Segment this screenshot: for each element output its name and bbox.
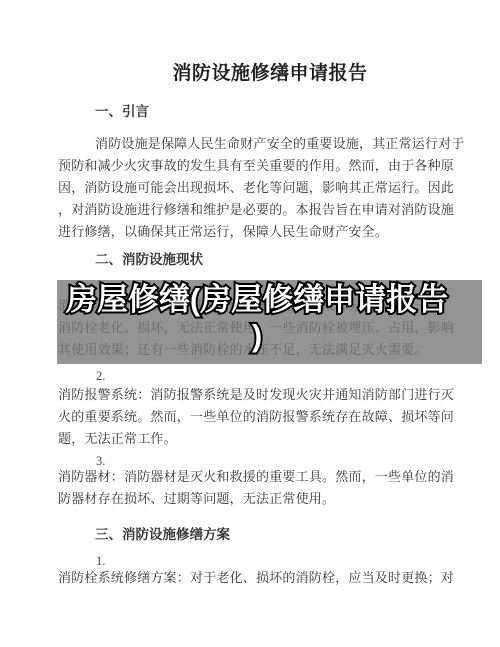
paragraph-line: 消防栓系统修缮方案：对于老化、损坏的消防栓，应当及时更换；对 — [58, 567, 454, 589]
section1-heading: 一、引言 — [95, 101, 149, 123]
paragraph-line: 消防器材：消防器材是灭火和救援的重要工具。然而，一些单位的消 — [58, 466, 454, 488]
paragraph-line: 消防报警系统：消防报警系统是及时发现火灾并通知消防部门进行灭 — [58, 384, 454, 406]
overlay-title-line2: ) — [57, 316, 457, 356]
paragraph-line: 火的重要系统。然而，一些单位的消防报警系统存在故障、损坏等问 — [58, 406, 454, 428]
section3-heading: 三、消防设施修缮方案 — [95, 524, 230, 546]
section2-heading: 二、消防设施现状 — [95, 249, 203, 271]
paragraph-line: 题，无法正常工作。 — [58, 428, 177, 450]
document-title: 消防设施修缮申请报告 — [40, 58, 500, 85]
list-number: 2. — [96, 366, 105, 386]
paragraph-line: 因，消防设施可能会出现损坏、老化等问题，影响其正常运行。因此 — [58, 177, 454, 199]
paragraph-line: 消防设施是保障人民生命财产安全的重要设施，其正常运行对于 — [95, 133, 465, 155]
paragraph-line: ，对消防设施进行修缮和维护是必要的。本报告旨在申请对消防设施 — [58, 199, 454, 221]
paragraph-line: 进行修缮，以确保其正常运行，保障人民生命财产安全。 — [58, 221, 388, 243]
document-page: 消防设施修缮申请报告 一、引言 消防设施是保障人民生命财产安全的重要设施，其正常… — [0, 0, 500, 647]
overlay-title-line1: 房屋修缮(房屋修缮申请报告 — [57, 281, 457, 319]
paragraph-line: 预防和减少火灾事故的发生具有至关重要的作用。然而，由于各种原 — [58, 155, 454, 177]
watermark-title-overlay: 房屋修缮(房屋修缮申请报告 ) — [57, 280, 482, 364]
paragraph-line: 防器材存在损坏、过期等问题，无法正常使用。 — [58, 488, 335, 510]
